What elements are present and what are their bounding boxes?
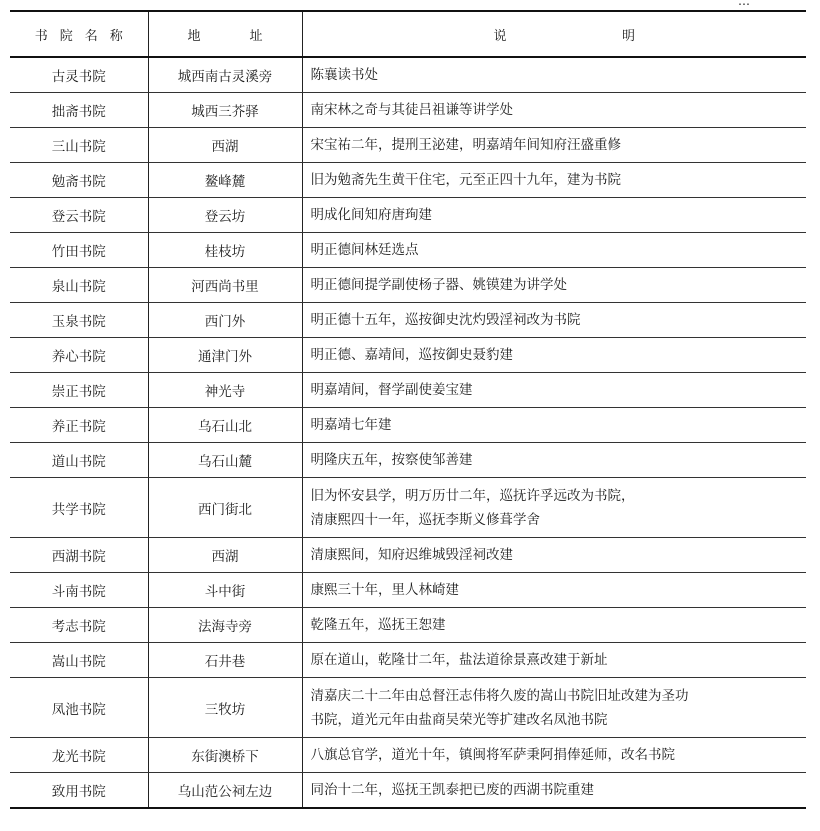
description-line: 旧为怀安县学，明万历廿二年，巡抚许孚远改为书院， <box>311 484 807 508</box>
description-line: 旧为勉斋先生黄干住宅，元至正四十九年，建为书院 <box>311 168 807 192</box>
cell-description: 同治十二年，巡抚王凯泰把已废的西湖书院重建 <box>302 773 806 809</box>
cell-description: 明嘉靖间，督学副使姜宝建 <box>302 373 806 408</box>
cell-description: 明正德十五年，巡按御史沈灼毁淫祠改为书院 <box>302 303 806 338</box>
header-description-char-1: 说 <box>494 25 507 44</box>
table-row: 凤池书院三牧坊清嘉庆二十二年由总督汪志伟将久废的嵩山书院旧址改建为圣功书院，道光… <box>10 678 806 738</box>
cell-academy-name: 古灵书院 <box>10 57 148 93</box>
cell-address: 乌石山麓 <box>148 443 302 478</box>
cell-description: 陈襄读书处 <box>302 57 806 93</box>
cell-academy-name: 道山书院 <box>10 443 148 478</box>
cell-description: 旧为怀安县学，明万历廿二年，巡抚许孚远改为书院，清康熙四十一年，巡抚李斯义修葺学… <box>302 478 806 538</box>
description-line: 清康熙四十一年，巡抚李斯义修葺学舍 <box>311 508 807 532</box>
cell-address: 石井巷 <box>148 643 302 678</box>
cell-address: 河西尚书里 <box>148 268 302 303</box>
header-address: 地 址 <box>148 11 302 57</box>
cell-academy-name: 勉斋书院 <box>10 163 148 198</box>
description-line: 清嘉庆二十二年由总督汪志伟将久废的嵩山书院旧址改建为圣功 <box>311 684 807 708</box>
cell-academy-name: 竹田书院 <box>10 233 148 268</box>
table-row: 崇正书院神光寺明嘉靖间，督学副使姜宝建 <box>10 373 806 408</box>
cell-address: 城西三芥驿 <box>148 93 302 128</box>
description-line: 清康熙间，知府迟维城毁淫祠改建 <box>311 543 807 567</box>
table-row: 道山书院乌石山麓明隆庆五年，按察使邹善建 <box>10 443 806 478</box>
table-row: 玉泉书院西门外明正德十五年，巡按御史沈灼毁淫祠改为书院 <box>10 303 806 338</box>
cell-academy-name: 养心书院 <box>10 338 148 373</box>
cell-address: 通津门外 <box>148 338 302 373</box>
cell-academy-name: 登云书院 <box>10 198 148 233</box>
description-line: 明正德间提学副使杨子器、姚镆建为讲学处 <box>311 273 807 297</box>
cell-address: 鳌峰麓 <box>148 163 302 198</box>
page-corner-mark: … <box>738 0 750 8</box>
cell-address: 城西南古灵溪旁 <box>148 57 302 93</box>
cell-academy-name: 拙斋书院 <box>10 93 148 128</box>
table-row: 考志书院法海寺旁乾隆五年，巡抚王恕建 <box>10 608 806 643</box>
cell-address: 西湖 <box>148 538 302 573</box>
cell-address: 西湖 <box>148 128 302 163</box>
description-line: 书院，道光元年由盐商吴荣光等扩建改名凤池书院 <box>311 708 807 732</box>
cell-address: 桂枝坊 <box>148 233 302 268</box>
cell-academy-name: 斗南书院 <box>10 573 148 608</box>
header-address-char-1: 地 <box>188 25 201 44</box>
cell-description: 清嘉庆二十二年由总督汪志伟将久废的嵩山书院旧址改建为圣功书院，道光元年由盐商吴荣… <box>302 678 806 738</box>
cell-address: 神光寺 <box>148 373 302 408</box>
cell-address: 登云坊 <box>148 198 302 233</box>
cell-address: 西门街北 <box>148 478 302 538</box>
cell-description: 南宋林之奇与其徒吕祖谦等讲学处 <box>302 93 806 128</box>
table-row: 共学书院西门街北旧为怀安县学，明万历廿二年，巡抚许孚远改为书院，清康熙四十一年，… <box>10 478 806 538</box>
table-row: 嵩山书院石井巷原在道山，乾隆廿二年，盐法道徐景熹改建于新址 <box>10 643 806 678</box>
cell-description: 旧为勉斋先生黄干住宅，元至正四十九年，建为书院 <box>302 163 806 198</box>
description-line: 康熙三十年，里人林崎建 <box>311 578 807 602</box>
description-line: 乾隆五年，巡抚王恕建 <box>311 613 807 637</box>
cell-academy-name: 共学书院 <box>10 478 148 538</box>
header-academy-name-label: 书院名称 <box>23 29 135 44</box>
description-line: 明正德、嘉靖间，巡按御史聂豹建 <box>311 343 807 367</box>
table-row: 勉斋书院鳌峰麓旧为勉斋先生黄干住宅，元至正四十九年，建为书院 <box>10 163 806 198</box>
table-header-row: 书院名称 地 址 说 明 <box>10 11 806 57</box>
academies-table: 书院名称 地 址 说 明 古灵书院城西南古灵溪旁陈襄读书处拙斋书院城西三芥驿南宋… <box>10 10 806 809</box>
cell-academy-name: 嵩山书院 <box>10 643 148 678</box>
cell-academy-name: 龙光书院 <box>10 738 148 773</box>
header-academy-name: 书院名称 <box>10 11 148 57</box>
table-row: 三山书院西湖宋宝祐二年，提刑王泌建，明嘉靖年间知府汪盛重修 <box>10 128 806 163</box>
description-line: 八旗总官学，道光十年，镇闽将军萨秉阿捐俸延师，改名书院 <box>311 743 807 767</box>
description-line: 陈襄读书处 <box>311 63 807 87</box>
table-row: 养正书院乌石山北明嘉靖七年建 <box>10 408 806 443</box>
description-line: 原在道山，乾隆廿二年，盐法道徐景熹改建于新址 <box>311 648 807 672</box>
cell-description: 明嘉靖七年建 <box>302 408 806 443</box>
description-line: 南宋林之奇与其徒吕祖谦等讲学处 <box>311 98 807 122</box>
table-row: 西湖书院西湖清康熙间，知府迟维城毁淫祠改建 <box>10 538 806 573</box>
cell-description: 乾隆五年，巡抚王恕建 <box>302 608 806 643</box>
cell-description: 宋宝祐二年，提刑王泌建，明嘉靖年间知府汪盛重修 <box>302 128 806 163</box>
cell-description: 明成化间知府唐珣建 <box>302 198 806 233</box>
description-line: 明嘉靖间，督学副使姜宝建 <box>311 378 807 402</box>
cell-description: 明正德间提学副使杨子器、姚镆建为讲学处 <box>302 268 806 303</box>
table-row: 登云书院登云坊明成化间知府唐珣建 <box>10 198 806 233</box>
cell-academy-name: 三山书院 <box>10 128 148 163</box>
header-address-char-2: 址 <box>249 25 262 44</box>
description-line: 明嘉靖七年建 <box>311 413 807 437</box>
description-line: 同治十二年，巡抚王凯泰把已废的西湖书院重建 <box>311 778 807 802</box>
cell-address: 斗中街 <box>148 573 302 608</box>
cell-academy-name: 致用书院 <box>10 773 148 809</box>
description-line: 明隆庆五年，按察使邹善建 <box>311 448 807 472</box>
table-body: 古灵书院城西南古灵溪旁陈襄读书处拙斋书院城西三芥驿南宋林之奇与其徒吕祖谦等讲学处… <box>10 57 806 808</box>
cell-academy-name: 凤池书院 <box>10 678 148 738</box>
cell-academy-name: 泉山书院 <box>10 268 148 303</box>
description-line: 宋宝祐二年，提刑王泌建，明嘉靖年间知府汪盛重修 <box>311 133 807 157</box>
cell-academy-name: 考志书院 <box>10 608 148 643</box>
table-row: 古灵书院城西南古灵溪旁陈襄读书处 <box>10 57 806 93</box>
cell-description: 清康熙间，知府迟维城毁淫祠改建 <box>302 538 806 573</box>
cell-description: 明隆庆五年，按察使邹善建 <box>302 443 806 478</box>
description-line: 明成化间知府唐珣建 <box>311 203 807 227</box>
cell-description: 康熙三十年，里人林崎建 <box>302 573 806 608</box>
cell-description: 八旗总官学，道光十年，镇闽将军萨秉阿捐俸延师，改名书院 <box>302 738 806 773</box>
table-row: 养心书院通津门外明正德、嘉靖间，巡按御史聂豹建 <box>10 338 806 373</box>
cell-description: 明正德间林廷选点 <box>302 233 806 268</box>
table-row: 泉山书院河西尚书里明正德间提学副使杨子器、姚镆建为讲学处 <box>10 268 806 303</box>
cell-address: 法海寺旁 <box>148 608 302 643</box>
cell-academy-name: 西湖书院 <box>10 538 148 573</box>
cell-academy-name: 玉泉书院 <box>10 303 148 338</box>
header-description: 说 明 <box>302 11 806 57</box>
description-line: 明正德间林廷选点 <box>311 238 807 262</box>
table-row: 致用书院乌山范公祠左边同治十二年，巡抚王凯泰把已废的西湖书院重建 <box>10 773 806 809</box>
table-row: 斗南书院斗中街康熙三十年，里人林崎建 <box>10 573 806 608</box>
cell-address: 乌山范公祠左边 <box>148 773 302 809</box>
cell-academy-name: 崇正书院 <box>10 373 148 408</box>
cell-description: 明正德、嘉靖间，巡按御史聂豹建 <box>302 338 806 373</box>
table-row: 拙斋书院城西三芥驿南宋林之奇与其徒吕祖谦等讲学处 <box>10 93 806 128</box>
cell-academy-name: 养正书院 <box>10 408 148 443</box>
cell-address: 三牧坊 <box>148 678 302 738</box>
cell-address: 东街澳桥下 <box>148 738 302 773</box>
table-row: 竹田书院桂枝坊明正德间林廷选点 <box>10 233 806 268</box>
cell-address: 乌石山北 <box>148 408 302 443</box>
header-description-char-2: 明 <box>622 25 635 44</box>
cell-description: 原在道山，乾隆廿二年，盐法道徐景熹改建于新址 <box>302 643 806 678</box>
table-row: 龙光书院东街澳桥下八旗总官学，道光十年，镇闽将军萨秉阿捐俸延师，改名书院 <box>10 738 806 773</box>
description-line: 明正德十五年，巡按御史沈灼毁淫祠改为书院 <box>311 308 807 332</box>
cell-address: 西门外 <box>148 303 302 338</box>
